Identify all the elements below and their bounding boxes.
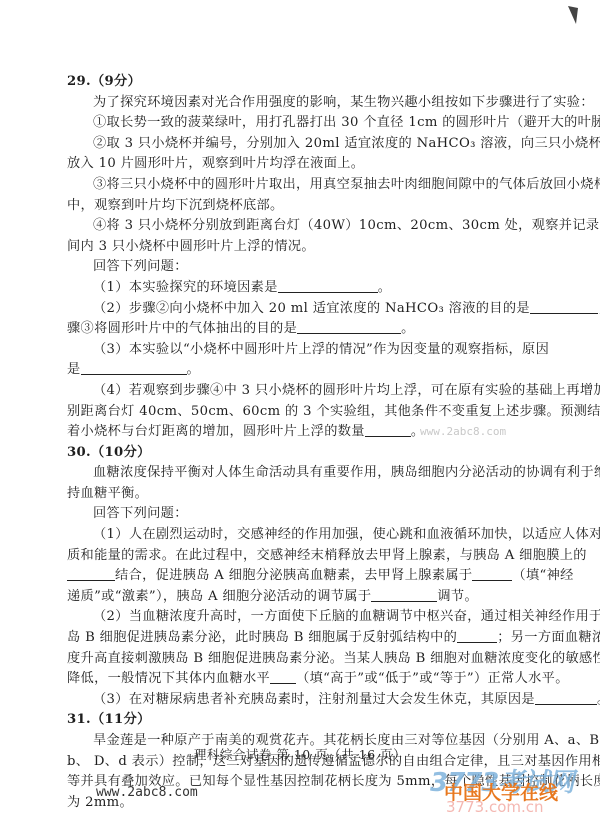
q29-step3: ③将三只小烧杯中的圆形叶片取出，用真空泵抽去叶肉细胞间隙中的气体后放回小烧杯 (67, 175, 539, 196)
question-31-header: 31.（11分） (67, 710, 539, 731)
answer-blank[interactable] (81, 360, 187, 375)
q29-step3-cont: 中，观察到叶片均下沉到烧杯底部。 (67, 196, 539, 217)
q29-step2-cont: 放入 10 片圆形叶片，观察到叶片均浮在液面上。 (67, 154, 539, 175)
q30-sub1: （1）人在剧烈运动时，交感神经的作用加强，使心跳和血液循环加快，以适应人体对物 (67, 525, 539, 546)
answer-blank[interactable] (535, 690, 597, 705)
q29-sub3: （3）本实验以“小烧杯中圆形叶片上浮的情况”作为因变量的观察指标，原因 (67, 340, 539, 361)
answer-blank[interactable] (371, 587, 437, 602)
q29-sub3-cont: 是。 (67, 360, 539, 381)
page-footer: 理科综合试卷 第 10 页（共 16 页） (0, 745, 600, 763)
q29-sub4: （4）若观察到步骤④中 3 只小烧杯的圆形叶片均上浮，可在原有实验的基础上再增加… (67, 381, 539, 402)
answer-blank[interactable] (278, 278, 378, 293)
answer-blank[interactable] (530, 299, 598, 314)
q29-sub1: （1）本实验探究的环境因素是。 (67, 278, 539, 299)
q29-intro: 为了探究环境因素对光合作用强度的影响，某生物兴趣小组按如下步骤进行了实验： (67, 93, 539, 114)
q30-sub2-cont2: 度升高直接刺激胰岛 B 细胞促进胰岛素分泌。当某人胰岛 B 细胞对血糖浓度变化的… (67, 649, 539, 670)
scan-corner-mark (568, 6, 578, 24)
question-30-header: 30.（10分） (67, 443, 539, 464)
q29-sub2: （2）步骤②向小烧杯中加入 20 ml 适宜浓度的 NaHCO₃ 溶液的目的是；… (67, 299, 539, 320)
q30-sub2-cont1: 岛 B 细胞促进胰岛素分泌，此时胰岛 B 细胞属于反射弧结构中的；另一方面血糖浓 (67, 628, 539, 649)
logo-cn-text: 中国大学在线 (444, 778, 558, 805)
q29-answer-prompt: 回答下列问题： (67, 257, 539, 278)
q29-sub4-cont1: 别距离台灯 40cm、50cm、60cm 的 3 个实验组，其他条件不变重复上述… (67, 402, 539, 423)
answer-blank[interactable] (297, 319, 401, 334)
q30-answer-prompt: 回答下列问题： (67, 504, 539, 525)
q30-intro-cont: 持血糖平衡。 (67, 484, 539, 505)
q30-sub2-cont3: 降低，一般情况下其体内血糖水平（填“高于”或“低于”或“等于”）正常人水平。 (67, 669, 539, 690)
q29-step2: ②取 3 只小烧杯并编号，分别加入 20ml 适宜浓度的 NaHCO₃ 溶液，向… (67, 134, 539, 155)
q30-sub2: （2）当血糖浓度升高时，一方面使下丘脑的血糖调节中枢兴奋，通过相关神经作用于胰 (67, 607, 539, 628)
q30-sub3: （3）在对糖尿病患者补充胰岛素时，注射剂量过大会发生休克，其原因是。 (67, 690, 539, 711)
answer-blank[interactable] (67, 566, 115, 581)
watermark-mid-url: www.2abc8.com (420, 425, 506, 438)
question-29-header: 29.（9分） (67, 72, 539, 93)
q29-sub2-cont: 骤③将圆形叶片中的气体抽出的目的是。 (67, 319, 539, 340)
q30-intro: 血糖浓度保持平衡对人体生命活动具有重要作用，胰岛细胞内分泌活动的协调有利于维 (67, 463, 539, 484)
q30-sub1-cont1: 质和能量的需求。在此过程中，交感神经末梢释放去甲肾上腺素，与胰岛 A 细胞膜上的 (67, 546, 539, 567)
answer-blank[interactable] (472, 566, 512, 581)
q30-sub1-cont3: 递质”或“激素”），胰岛 A 细胞分泌活动的调节属于调节。 (67, 587, 539, 608)
answer-blank[interactable] (365, 422, 411, 437)
answer-blank[interactable] (270, 669, 296, 684)
exam-page: 29.（9分） 为了探究环境因素对光合作用强度的影响，某生物兴趣小组按如下步骤进… (67, 72, 539, 813)
answer-blank[interactable] (457, 628, 497, 643)
watermark-site-url: www.2abc8.com (96, 785, 198, 800)
watermark-logo: 3773考试网 3773.com.cn 中国大学在线 (430, 762, 590, 818)
q29-step4: ④将 3 只小烧杯分别放到距离台灯（40W）10cm、20cm、30cm 处，观… (67, 216, 539, 237)
q30-sub1-cont2: 结合，促进胰岛 A 细胞分泌胰高血糖素，去甲肾上腺素属于（填“神经 (67, 566, 539, 587)
q29-step1: ①取长势一致的菠菜绿叶，用打孔器打出 30 个直径 1cm 的圆形叶片（避开大的… (67, 113, 539, 134)
q29-step4-cont: 间内 3 只小烧杯中圆形叶片上浮的情况。 (67, 237, 539, 258)
